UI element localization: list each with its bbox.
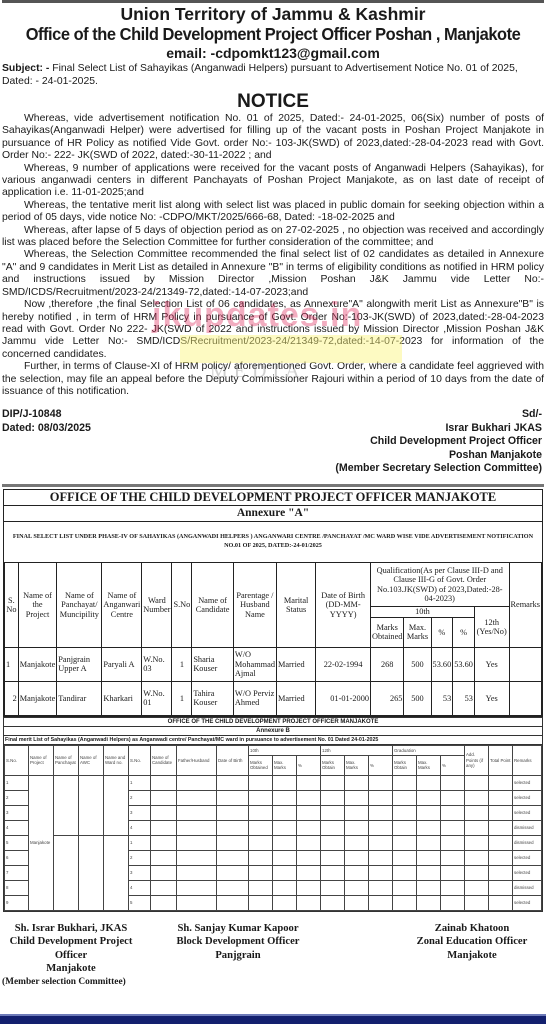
member-name: Zainab Khatoon xyxy=(412,922,532,935)
cellb-remarks: selected xyxy=(513,775,542,790)
dispatch-info: DIP/J-10848 Dated: 08/03/2025 xyxy=(2,408,91,435)
committee-member: Sh. Sanjay Kumar Kapoor Block Developmen… xyxy=(168,922,308,962)
cellb-value xyxy=(465,835,489,850)
cellb-value xyxy=(217,835,249,850)
col-project: Name of the Project xyxy=(18,563,56,648)
colb-sno: S.No. xyxy=(5,745,29,775)
member-name: Sh. Israr Bukhari, JKAS xyxy=(2,922,140,935)
colb-h: % xyxy=(297,755,321,775)
table-row: 1Manjakote1selected xyxy=(5,775,542,790)
cellb-value xyxy=(249,775,273,790)
cell-twelfth: Yes xyxy=(474,647,509,681)
cell-sno2: 1 xyxy=(172,681,192,715)
cell-parentage: W/O Perviz Ahmed xyxy=(233,681,276,715)
cellb-value xyxy=(465,865,489,880)
cellb-sno: 3 xyxy=(5,805,29,820)
committee-member: Zainab Khatoon Zonal Education Officer M… xyxy=(412,922,532,962)
colb-h: Max. Marks xyxy=(417,755,441,775)
colb-sno2: S.No. xyxy=(129,745,151,775)
cellb-value xyxy=(345,895,369,910)
cell-ward: W.No. 01 xyxy=(142,681,172,715)
cellb-value xyxy=(151,805,177,820)
cellb-value xyxy=(393,820,417,835)
cellb-sno: 6 xyxy=(5,850,29,865)
colb-twelfth: 12th xyxy=(321,745,393,755)
signatory-designation: Child Development Project Officer xyxy=(335,435,542,449)
cellb-value xyxy=(441,790,465,805)
cellb-value xyxy=(297,880,321,895)
cellb-sno2: 2 xyxy=(129,790,151,805)
annexure-b-list-title: Final merit List of Sahayikas (Anganwadi… xyxy=(4,736,542,745)
cellb-value xyxy=(321,865,345,880)
col-parentage: Parentage / Husband Name xyxy=(233,563,276,648)
cellb-sno2: 4 xyxy=(129,880,151,895)
cellb-value xyxy=(297,865,321,880)
annexure-b-title: Annexure B xyxy=(4,727,542,736)
col-remarks: Remarks xyxy=(509,563,542,648)
cellb-value xyxy=(151,835,177,850)
cellb-value xyxy=(393,805,417,820)
cellb-value xyxy=(489,805,513,820)
annexure-a-list-title: FINAL SELECT LIST UNDER PHASE-IV OF SAHA… xyxy=(4,522,542,562)
cellb-value xyxy=(489,865,513,880)
cell-max: 500 xyxy=(404,681,431,715)
col-tenth: 10th xyxy=(371,607,475,618)
cell-marital: Married xyxy=(276,681,315,715)
subject-line: Subject: - Final Select List of Sahayika… xyxy=(0,61,546,88)
cellb-value xyxy=(465,790,489,805)
cellb-value xyxy=(151,895,177,910)
cellb-value xyxy=(321,820,345,835)
cellb-value xyxy=(177,895,217,910)
cellb-value xyxy=(369,805,393,820)
cellb-group xyxy=(54,835,79,910)
cell-remarks xyxy=(509,647,542,681)
cellb-value xyxy=(249,850,273,865)
cellb-value xyxy=(489,790,513,805)
cellb-value xyxy=(489,835,513,850)
cellb-value xyxy=(297,820,321,835)
col-qualification: Qualification(As per Clause III-D and Cl… xyxy=(371,563,510,607)
cell-pct2: 53.60 xyxy=(453,647,475,681)
cellb-value xyxy=(441,805,465,820)
notice-paragraph: Whereas, the tentative merit list along … xyxy=(0,200,546,225)
cellb-sno2: 3 xyxy=(129,805,151,820)
committee-signatures: Sh. Israr Bukhari, JKAS Child Developmen… xyxy=(0,912,546,986)
cellb-remarks: selected xyxy=(513,790,542,805)
cellb-value xyxy=(489,880,513,895)
cellb-sno2: 1 xyxy=(129,775,151,790)
cellb-value xyxy=(441,880,465,895)
cellb-value xyxy=(249,835,273,850)
annexure-a-title: Annexure "A" xyxy=(4,506,542,522)
cellb-remarks: selected xyxy=(513,850,542,865)
cellb-value xyxy=(217,895,249,910)
annexure-a-table: S. No Name of the Project Name of Pancha… xyxy=(4,562,542,716)
cellb-project: Manjakote xyxy=(29,775,54,910)
cellb-sno: 4 xyxy=(5,820,29,835)
col-panchayat: Name of Panchayat/ Muncipility xyxy=(57,563,102,648)
signatory: Sd/- Israr Bukhari JKAS Child Developmen… xyxy=(335,408,542,476)
cellb-value xyxy=(273,880,297,895)
cellb-value xyxy=(151,790,177,805)
cellb-value xyxy=(151,865,177,880)
section-divider xyxy=(2,484,544,487)
cellb-sno: 1 xyxy=(5,775,29,790)
cellb-sno2: 3 xyxy=(129,865,151,880)
cellb-value xyxy=(273,775,297,790)
cellb-value xyxy=(417,880,441,895)
cellb-value xyxy=(177,790,217,805)
member-place: Manjakote xyxy=(2,962,140,975)
cellb-value xyxy=(393,880,417,895)
cellb-value xyxy=(217,865,249,880)
cellb-value xyxy=(151,820,177,835)
cellb-value xyxy=(273,790,297,805)
cellb-value xyxy=(151,775,177,790)
cell-centre: Paryali A xyxy=(102,647,142,681)
member-place: Manjakote xyxy=(412,949,532,962)
cell-project: Manjakote xyxy=(18,647,56,681)
cellb-value xyxy=(465,775,489,790)
subject-label: Subject: - xyxy=(2,63,49,74)
cellb-value xyxy=(177,820,217,835)
notice-paragraph: Whereas, 9 number of applications were r… xyxy=(0,163,546,200)
cellb-value xyxy=(273,850,297,865)
cellb-value xyxy=(465,820,489,835)
cellb-group xyxy=(79,835,104,910)
col-twelfth: 12th (Yes/No) xyxy=(474,607,509,648)
cellb-value xyxy=(393,895,417,910)
table-row: 1 Manjakote Panjgrain Upper A Paryali A … xyxy=(5,647,542,681)
cellb-remarks: dismissed xyxy=(513,835,542,850)
cell-candidate: Tahira Kouser xyxy=(192,681,234,715)
bottom-bar xyxy=(0,1014,546,1024)
cell-sno: 2 xyxy=(5,681,19,715)
cellb-sno2: 5 xyxy=(129,895,151,910)
cellb-sno2: 4 xyxy=(129,820,151,835)
colb-candidate: Name of Candidate xyxy=(151,745,177,775)
cell-sno: 1 xyxy=(5,647,19,681)
colb-h: Marks Obtained xyxy=(249,755,273,775)
col-dob: Date of Birth (DD-MM-YYYY) xyxy=(316,563,371,648)
cellb-value xyxy=(297,775,321,790)
cellb-value xyxy=(321,850,345,865)
cellb-sno: 8 xyxy=(5,880,29,895)
cellb-value xyxy=(177,880,217,895)
ut-title: Union Territory of Jammu & Kashmir xyxy=(0,4,546,24)
cellb-value xyxy=(393,865,417,880)
annexure-a-office-title: OFFICE OF THE CHILD DEVELOPMENT PROJECT … xyxy=(4,490,542,506)
cellb-value xyxy=(345,790,369,805)
cellb-value xyxy=(441,865,465,880)
cell-marital: Married xyxy=(276,647,315,681)
cellb-value xyxy=(417,895,441,910)
cellb-value xyxy=(345,835,369,850)
cellb-value xyxy=(345,850,369,865)
colb-panchayat: Name of Panchayat xyxy=(54,745,79,775)
cellb-value xyxy=(321,805,345,820)
cellb-group xyxy=(79,775,104,835)
cellb-value xyxy=(369,775,393,790)
cellb-remarks: selected xyxy=(513,805,542,820)
top-border xyxy=(2,0,544,3)
cellb-remarks: dismissed xyxy=(513,820,542,835)
colb-tenth: 10th xyxy=(249,745,321,755)
table-row: 2 Manjakote Tandirar Kharkari W.No. 01 1… xyxy=(5,681,542,715)
cellb-value xyxy=(217,775,249,790)
col-pct2: % xyxy=(453,617,475,647)
notice-title: NOTICE xyxy=(0,91,546,113)
cellb-value xyxy=(217,805,249,820)
colb-father: Father/Husband xyxy=(177,745,217,775)
notice-body: Whereas, vide advertisement notification… xyxy=(0,113,546,398)
colb-remarks: Remarks xyxy=(513,745,542,775)
document-header: Union Territory of Jammu & Kashmir Offic… xyxy=(0,4,546,61)
cellb-value xyxy=(321,895,345,910)
subject-text: Final Select List of Sahayikas (Anganwad… xyxy=(2,63,518,87)
cell-sno2: 1 xyxy=(172,647,192,681)
cellb-sno: 9 xyxy=(5,895,29,910)
cellb-value xyxy=(441,820,465,835)
annexure-b: OFFICE OF THE CHILD DEVELOPMENT PROJECT … xyxy=(3,717,543,912)
col-ward: Ward Number xyxy=(142,563,172,648)
cellb-value xyxy=(465,895,489,910)
cellb-value xyxy=(417,865,441,880)
cellb-value xyxy=(321,880,345,895)
notice-paragraph: Whereas, vide advertisement notification… xyxy=(0,113,546,163)
cell-parentage: W/O Mohammad Ajmal xyxy=(233,647,276,681)
committee-member: Sh. Israr Bukhari, JKAS Child Developmen… xyxy=(2,922,140,989)
annexure-a: OFFICE OF THE CHILD DEVELOPMENT PROJECT … xyxy=(3,489,543,717)
cellb-value xyxy=(297,850,321,865)
notice-paragraph: Whereas, the Selection Committee recomme… xyxy=(0,249,546,299)
cellb-value xyxy=(369,865,393,880)
cellb-sno: 5 xyxy=(5,835,29,850)
cell-marks: 268 xyxy=(371,647,404,681)
cell-remarks xyxy=(509,681,542,715)
cell-project: Manjakote xyxy=(18,681,56,715)
cellb-value xyxy=(393,790,417,805)
cellb-value xyxy=(321,790,345,805)
cellb-value xyxy=(369,880,393,895)
cellb-group xyxy=(104,835,129,910)
cellb-value xyxy=(177,865,217,880)
cell-max: 500 xyxy=(404,647,431,681)
cellb-value xyxy=(249,880,273,895)
cellb-value xyxy=(369,850,393,865)
cellb-value xyxy=(151,850,177,865)
signatory-sd: Sd/- xyxy=(335,408,542,422)
colb-awc: Name of AWC xyxy=(79,745,104,775)
member-place: Panjgrain xyxy=(168,949,308,962)
cellb-value xyxy=(417,835,441,850)
cellb-group xyxy=(104,775,129,835)
cellb-value xyxy=(321,835,345,850)
cell-ward: W.No. 03 xyxy=(142,647,172,681)
cellb-value xyxy=(369,835,393,850)
col-sno2: S.No xyxy=(172,563,192,648)
colb-add-points: Add. Points (if any) xyxy=(465,745,489,775)
member-name: Sh. Sanjay Kumar Kapoor xyxy=(168,922,308,935)
cellb-sno: 2 xyxy=(5,790,29,805)
colb-h: Max. Marks xyxy=(345,755,369,775)
annexure-b-table: S.No. Name of Project Name of Panchayat … xyxy=(4,745,542,911)
cellb-value xyxy=(249,895,273,910)
cellb-value xyxy=(297,835,321,850)
cellb-sno: 7 xyxy=(5,865,29,880)
cell-pct1: 53 xyxy=(431,681,453,715)
cellb-value xyxy=(465,850,489,865)
cell-centre: Kharkari xyxy=(102,681,142,715)
cellb-value xyxy=(345,775,369,790)
cellb-value xyxy=(489,850,513,865)
notice-paragraph: Whereas, after lapse of 5 days of object… xyxy=(0,225,546,250)
cellb-remarks: selected xyxy=(513,895,542,910)
cellb-value xyxy=(177,850,217,865)
cellb-value xyxy=(393,850,417,865)
table-row: 51dismissed xyxy=(5,835,542,850)
cellb-sno2: 1 xyxy=(129,835,151,850)
cellb-value xyxy=(177,835,217,850)
col-sno: S. No xyxy=(5,563,19,648)
dispatch-date: Dated: 08/03/2025 xyxy=(2,422,91,436)
cellb-value xyxy=(297,790,321,805)
member-designation: Block Development Officer xyxy=(168,935,308,948)
cellb-value xyxy=(177,805,217,820)
signature-block: DIP/J-10848 Dated: 08/03/2025 Sd/- Israr… xyxy=(0,398,546,484)
colb-h: % xyxy=(441,755,465,775)
cellb-value xyxy=(441,850,465,865)
cellb-value xyxy=(177,775,217,790)
colb-dob: Date of Birth xyxy=(217,745,249,775)
cell-dob: 22-02-1994 xyxy=(316,647,371,681)
col-pct1: % xyxy=(431,617,453,647)
notice-paragraph: Further, in terms of Clause-XI of HRM po… xyxy=(0,361,546,398)
cellb-value xyxy=(393,775,417,790)
cellb-value xyxy=(345,880,369,895)
cell-pct2: 53 xyxy=(453,681,475,715)
colb-h: Marks Obtain xyxy=(393,755,417,775)
signatory-name: Israr Bukhari JKAS xyxy=(335,422,542,436)
signatory-office: Poshan Manjakote xyxy=(335,449,542,463)
cell-panchayat: Tandirar xyxy=(57,681,102,715)
cellb-value xyxy=(217,850,249,865)
member-designation: Zonal Education Officer xyxy=(412,935,532,948)
dispatch-ref: DIP/J-10848 xyxy=(2,408,91,422)
cellb-value xyxy=(297,805,321,820)
cellb-value xyxy=(249,820,273,835)
col-marital: Marital Status xyxy=(276,563,315,648)
cellb-value xyxy=(297,895,321,910)
cellb-value xyxy=(393,835,417,850)
signatory-role: (Member Secretary Selection Committee) xyxy=(335,462,542,476)
colb-h: Max. Marks xyxy=(273,755,297,775)
cellb-value xyxy=(273,835,297,850)
cellb-value xyxy=(465,805,489,820)
cellb-value xyxy=(417,850,441,865)
cell-twelfth: Yes xyxy=(474,681,509,715)
annexure-b-office-title: OFFICE OF THE CHILD DEVELOPMENT PROJECT … xyxy=(4,718,542,727)
cellb-value xyxy=(345,805,369,820)
cell-pct1: 53.60 xyxy=(431,647,453,681)
notice-paragraph: Now ,therefore ,the final Selection List… xyxy=(0,299,546,361)
cellb-value xyxy=(369,820,393,835)
cellb-remarks: dismissed xyxy=(513,880,542,895)
member-note: (Member selection Committee) xyxy=(2,976,140,989)
cellb-value xyxy=(273,820,297,835)
cell-marks: 265 xyxy=(371,681,404,715)
colb-total: Total Point xyxy=(489,745,513,775)
colb-project: Name of Project xyxy=(29,745,54,775)
cellb-value xyxy=(321,775,345,790)
cellb-value xyxy=(345,820,369,835)
cellb-value xyxy=(441,895,465,910)
cellb-value xyxy=(369,895,393,910)
col-marks-obtained: Marks Obtained xyxy=(371,617,404,647)
col-centre: Name of Anganwari Centre xyxy=(102,563,142,648)
cellb-value xyxy=(151,880,177,895)
col-max-marks: Max. Marks xyxy=(404,617,431,647)
cellb-sno2: 2 xyxy=(129,850,151,865)
cellb-value xyxy=(273,805,297,820)
office-title: Office of the Child Development Project … xyxy=(16,24,529,45)
colb-h: % xyxy=(369,755,393,775)
cellb-value xyxy=(217,820,249,835)
cellb-value xyxy=(273,865,297,880)
cellb-value xyxy=(465,880,489,895)
cellb-value xyxy=(249,865,273,880)
cellb-value xyxy=(441,835,465,850)
cellb-value xyxy=(273,895,297,910)
cellb-value xyxy=(489,895,513,910)
cellb-remarks: selected xyxy=(513,865,542,880)
cellb-value xyxy=(369,790,393,805)
cellb-group xyxy=(54,775,79,835)
cellb-value xyxy=(249,790,273,805)
cellb-value xyxy=(217,790,249,805)
cellb-value xyxy=(417,820,441,835)
cellb-value xyxy=(217,880,249,895)
cell-dob: 01-01-2000 xyxy=(316,681,371,715)
cellb-value xyxy=(249,805,273,820)
cellb-value xyxy=(417,805,441,820)
colb-graduation: Graduation xyxy=(393,745,465,755)
colb-h: Marks Obtain xyxy=(321,755,345,775)
cell-panchayat: Panjgrain Upper A xyxy=(57,647,102,681)
cellb-value xyxy=(417,775,441,790)
cellb-value xyxy=(345,865,369,880)
cellb-value xyxy=(417,790,441,805)
cellb-value xyxy=(489,820,513,835)
cellb-value xyxy=(441,775,465,790)
cellb-value xyxy=(489,775,513,790)
col-candidate: Name of Candidate xyxy=(192,563,234,648)
member-designation: Child Development Project Officer xyxy=(2,935,140,962)
office-email: email: -cdpomkt123@gmail.com xyxy=(0,45,546,61)
colb-ward: Name and Ward no. xyxy=(104,745,129,775)
cell-candidate: Sharia Kouser xyxy=(192,647,234,681)
